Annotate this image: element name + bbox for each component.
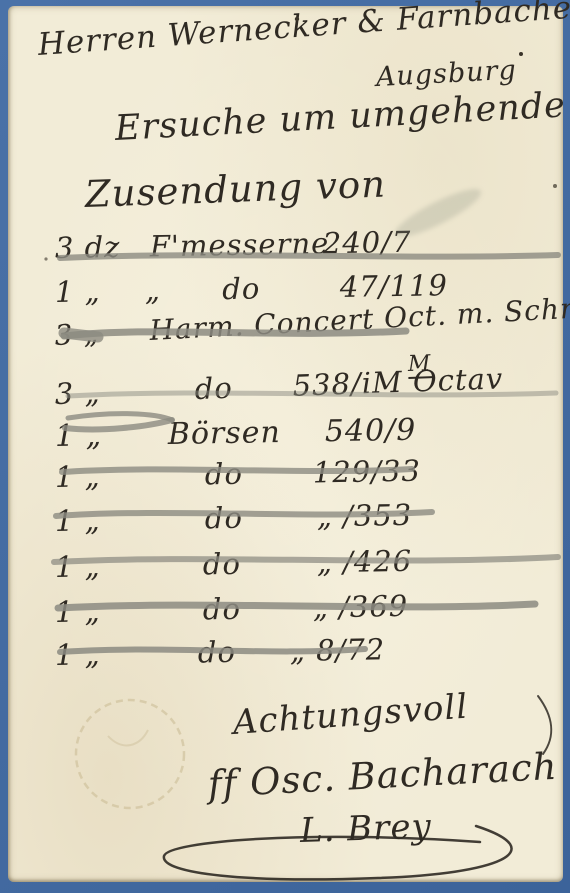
signature-person: L. Brey [299, 809, 432, 848]
row-quantity: 1 „ [55, 277, 101, 307]
request-line-1: Ersuche um umgehende [114, 88, 567, 147]
row-item-name: do [203, 550, 242, 580]
row-quantity: 3 „ [54, 320, 100, 350]
order-row: 1 „ do „ /426 [55, 544, 561, 593]
address-city: Augsburg [375, 57, 517, 91]
row-item-name: do [205, 504, 244, 534]
row-quantity: 1 „ [55, 506, 101, 536]
row-catalog-number: „ 8/72 [290, 635, 386, 666]
row-item-name: do [198, 638, 237, 668]
ink-speck [44, 257, 47, 260]
postcard-paper: Herren Wernecker & Farnbacher Augsburg E… [8, 6, 563, 882]
row-catalog-number: „ /426 [317, 547, 413, 578]
order-row: 1 „ do „ /353 [55, 498, 561, 547]
order-row: 3 dz F'messerne 240/7 [55, 225, 561, 274]
row-item-name: do [203, 595, 242, 625]
row-item-name: do [194, 374, 233, 404]
row-item-name: Börsen [168, 418, 281, 450]
row-quantity: 1 „ [55, 552, 101, 582]
closing-salutation: Achtungsvoll [232, 690, 469, 740]
row-quantity: 3 dz [55, 233, 121, 263]
order-row: 1 „ do „ 8/72 [55, 632, 561, 681]
row-catalog-number: „ /353 [317, 501, 413, 532]
signature-company: ff Osc. Bacharach [207, 748, 558, 803]
row-item-name: „ do [145, 274, 261, 305]
row-catalog-number: „ /369 [313, 592, 409, 623]
ink-speck [553, 184, 557, 188]
ink-speck [519, 52, 523, 56]
row-catalog-number: 240/7 [323, 228, 412, 259]
row-quantity: 1 „ [55, 421, 103, 452]
address-recipient: Herren Wernecker & Farnbacher [37, 0, 570, 61]
row-quantity: 1 „ [55, 597, 101, 627]
row-catalog-number: 47/119 [340, 271, 449, 302]
row-catalog-number: 538/iM Octav [292, 364, 504, 400]
row-quantity: 1 „ [55, 462, 101, 492]
row-quantity: 3 „ [54, 378, 101, 409]
row-catalog-number: 129/33 [313, 457, 422, 488]
row-quantity: 1 „ [55, 640, 101, 670]
order-row: 1 „ do 129/33 [55, 454, 561, 503]
order-row: 1 „ do „ /369 [55, 589, 561, 638]
row-item-name: F'messerne [150, 229, 330, 261]
row-catalog-number: 540/9 [325, 416, 417, 448]
request-line-2: Zusendung von [84, 166, 386, 213]
postcard-blue-border: Herren Wernecker & Farnbacher Augsburg E… [0, 0, 570, 893]
currency-annotation-m: M [408, 353, 432, 379]
row-item-name: do [205, 460, 244, 490]
order-row: 3 „ do 538/iM Octav [54, 362, 560, 420]
